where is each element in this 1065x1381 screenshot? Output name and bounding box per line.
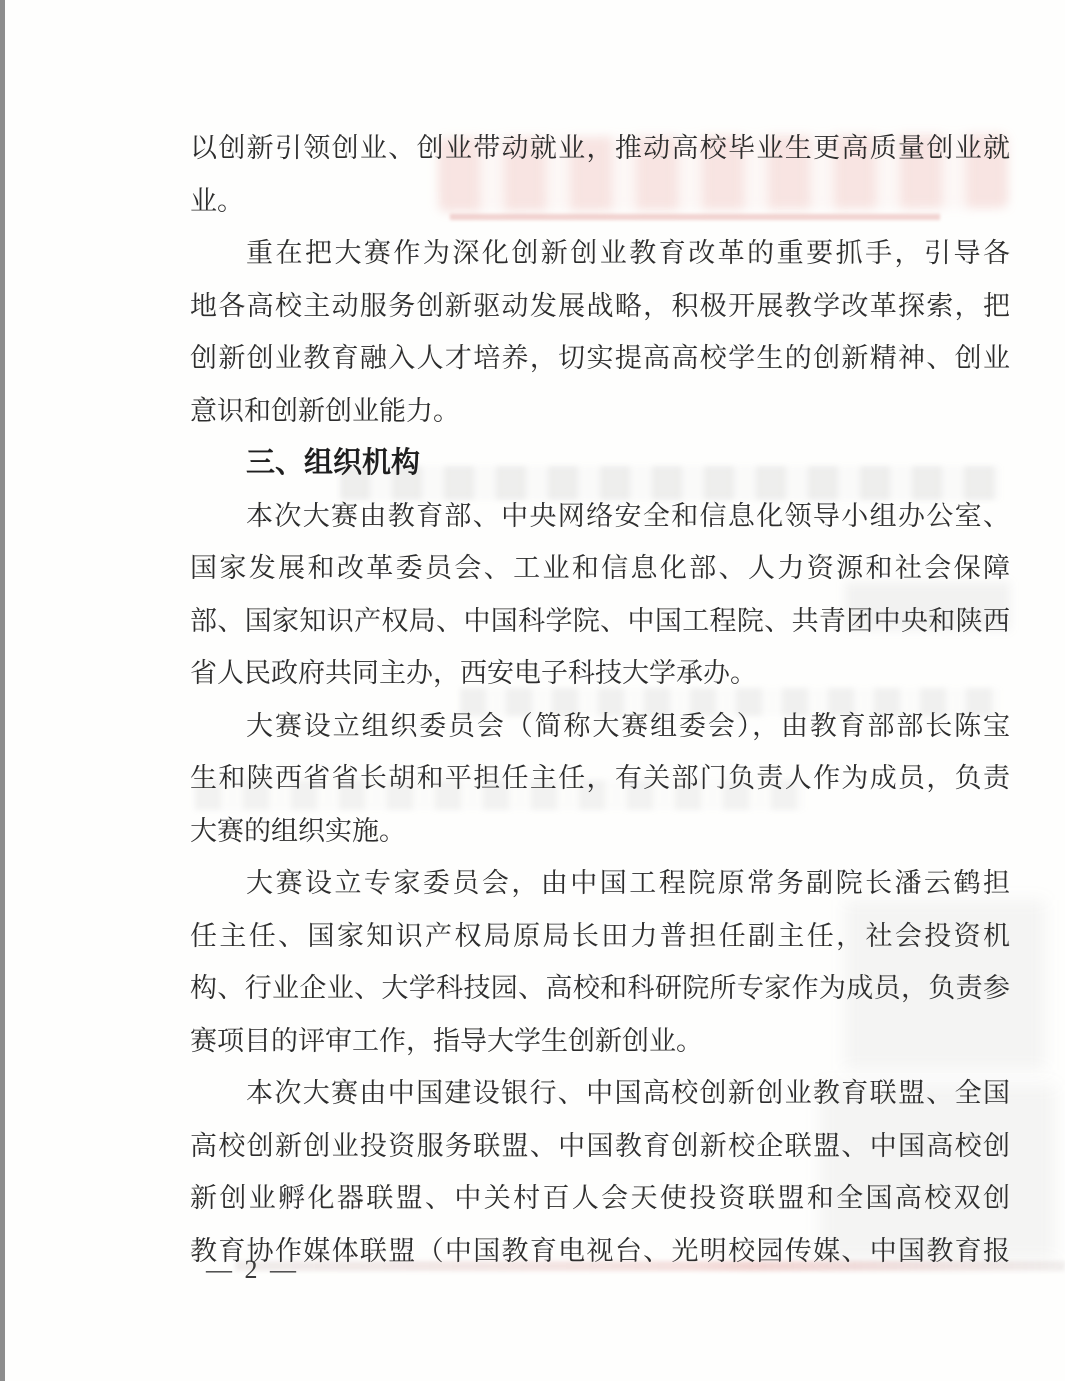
text-line: 重在把大赛作为深化创新创业教育改革的重要抓手，引导各	[190, 227, 1010, 280]
text-line: 意识和创新创业能力。	[190, 385, 1010, 438]
text-line: 构、行业企业、大学科技园、高校和科研院所专家作为成员，负责参	[190, 962, 1010, 1015]
text-line: 国家发展和改革委员会、工业和信息化部、人力资源和社会保障	[190, 542, 1010, 595]
text-line: 高校创新创业投资服务联盟、中国教育创新校企联盟、中国高校创	[190, 1120, 1010, 1173]
text-line: 大赛设立专家委员会，由中国工程院原常务副院长潘云鹤担	[190, 857, 1010, 910]
document-body: 以创新引领创业、创业带动就业，推动高校毕业生更高质量创业就 业。 重在把大赛作为…	[190, 122, 1010, 1277]
text-line: 业。	[190, 175, 1010, 228]
text-line: 生和陕西省省长胡和平担任主任，有关部门负责人作为成员，负责	[190, 752, 1010, 805]
text-line: 教育协作媒体联盟（中国教育电视台、光明校园传媒、中国教育报	[190, 1225, 1010, 1278]
text-line: 任主任、国家知识产权局原局长田力普担任副主任，社会投资机	[190, 910, 1010, 963]
scanned-document-page: 以创新引领创业、创业带动就业，推动高校毕业生更高质量创业就 业。 重在把大赛作为…	[0, 0, 1065, 1381]
text-line: 大赛的组织实施。	[190, 805, 1010, 858]
text-line: 赛项目的评审工作，指导大学生创新创业。	[190, 1015, 1010, 1068]
text-line: 大赛设立组织委员会（简称大赛组委会），由教育部部长陈宝	[190, 700, 1010, 753]
text-line: 以创新引领创业、创业带动就业，推动高校毕业生更高质量创业就	[190, 122, 1010, 175]
text-line: 创新创业教育融入人才培养，切实提高高校学生的创新精神、创业	[190, 332, 1010, 385]
page-number: — 2 —	[206, 1255, 299, 1285]
text-line: 新创业孵化器联盟、中关村百人会天使投资联盟和全国高校双创	[190, 1172, 1010, 1225]
text-line: 省人民政府共同主办，西安电子科技大学承办。	[190, 647, 1010, 700]
text-line: 地各高校主动服务创新驱动发展战略，积极开展教学改革探索，把	[190, 280, 1010, 333]
text-line: 本次大赛由中国建设银行、中国高校创新创业教育联盟、全国	[190, 1067, 1010, 1120]
text-line: 部、国家知识产权局、中国科学院、中国工程院、共青团中央和陕西	[190, 595, 1010, 648]
section-heading: 三、组织机构	[190, 437, 1010, 490]
scan-edge-strip	[0, 0, 5, 1381]
text-line: 本次大赛由教育部、中央网络安全和信息化领导小组办公室、	[190, 490, 1010, 543]
